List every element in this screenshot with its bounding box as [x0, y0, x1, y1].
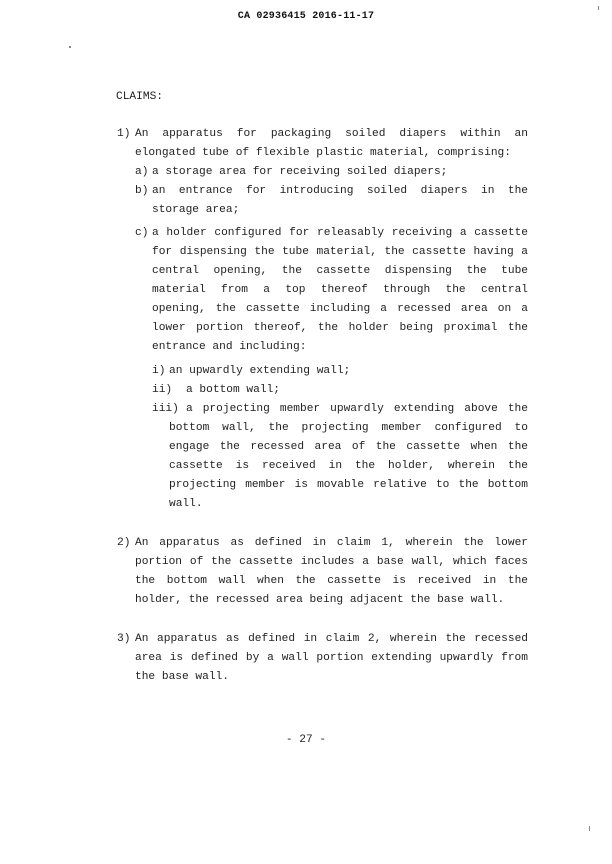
claim-line: elongated tube of flexible plastic mater… [135, 146, 511, 160]
item-line: an entrance for introducing soiled diape… [152, 184, 528, 198]
claim-number: 3) [117, 632, 130, 646]
subitem-line: wall. [169, 497, 203, 511]
claim-line: An apparatus as defined in claim 1, wher… [135, 536, 528, 550]
item-line: a holder configured for releasably recei… [152, 226, 528, 240]
subitem-line: an upwardly extending wall; [169, 364, 350, 378]
page-number: - 27 - [0, 734, 612, 746]
item-line: opening, the cassette including a recess… [152, 302, 528, 316]
subitem-line: projecting member is movable relative to… [169, 478, 528, 492]
scan-artifact-top-left [69, 46, 71, 48]
subitem-line: engage the recessed area of the cassette… [169, 440, 528, 454]
section-title-claims: CLAIMS: [116, 91, 163, 103]
claim-line: area is defined by a wall portion extend… [135, 651, 528, 665]
item-label: c) [135, 226, 148, 240]
item-line: a storage area for receiving soiled diap… [152, 165, 447, 179]
subitem-line: cassette is received in the holder, wher… [169, 459, 528, 473]
item-label: a) [135, 165, 148, 179]
subitem-label: ii) [152, 383, 172, 397]
claim-number: 2) [117, 536, 130, 550]
claim-line: the bottom wall when the cassette is rec… [135, 574, 528, 588]
subitem-line: bottom wall, the projecting member confi… [169, 421, 528, 435]
item-line: entrance and including: [152, 340, 306, 354]
subitem-line: a bottom wall; [186, 383, 280, 397]
claim-line: An apparatus as defined in claim 2, wher… [135, 632, 528, 646]
claim-number: 1) [117, 127, 130, 141]
item-line: lower portion thereof, the holder being … [152, 321, 528, 335]
item-line: storage area; [152, 203, 239, 217]
document-header-id: CA 02936415 2016-11-17 [0, 11, 612, 22]
claim-line: An apparatus for packaging soiled diaper… [135, 127, 528, 141]
subitem-label: i) [152, 364, 165, 378]
subitem-label: iii) [152, 402, 179, 416]
item-label: b) [135, 184, 148, 198]
scan-artifact-top-right [598, 6, 599, 10]
claim-line: the base wall. [135, 670, 229, 684]
claim-line: holder, the recessed area being adjacent… [135, 593, 504, 607]
claim-line: portion of the cassette includes a base … [135, 555, 528, 569]
item-line: for dispensing the tube material, the ca… [152, 245, 528, 259]
scan-artifact-bottom-right [589, 826, 590, 831]
item-line: material from a top thereof through the … [152, 283, 528, 297]
item-line: central opening, the cassette dispensing… [152, 264, 528, 278]
subitem-line: a projecting member upwardly extending a… [186, 402, 528, 416]
